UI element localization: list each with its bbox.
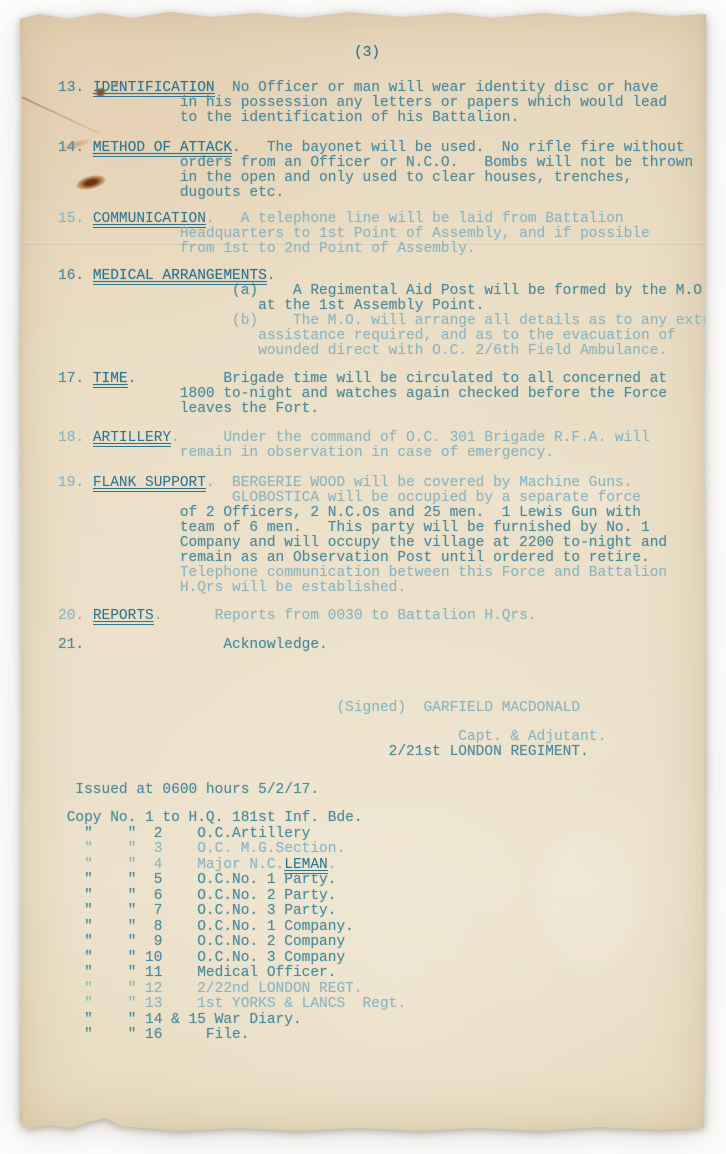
text-line: " " 3 O.C. M.G.Section. [58, 842, 702, 858]
text-segment: . Reports from 0030 to Battalion H.Qrs. [154, 608, 537, 624]
text-segment: . Brigade time will be circulated to all… [128, 371, 668, 387]
text-segment: No Officer or man will wear identity dis… [215, 80, 659, 96]
text-line: 13. IDENTIFICATION No Officer or man wil… [58, 81, 702, 96]
underlined-heading: REPORTS [93, 608, 154, 625]
text-segment: 18. [58, 430, 93, 446]
paper-sheet: (3) 13. IDENTIFICATION No Officer or man… [20, 10, 706, 1132]
issued-line: Issued at 0600 hours 5/2/17. [58, 783, 702, 798]
paragraph-17: 17. TIME. Brigade time will be circulate… [58, 372, 702, 417]
text-line: " " 14 & 15 War Diary. [58, 1013, 702, 1029]
text-line: 19. FLANK SUPPORT. BERGERIE WOOD will be… [58, 476, 702, 491]
text-segment: from 1st to 2nd Point of Assembly. [58, 241, 476, 257]
text-segment: " " 8 O.C.No. 1 Company. [58, 919, 354, 935]
text-segment: in his possession any letters or papers … [58, 95, 667, 111]
text-segment: Copy No. 1 to H.Q. 181st Inf. Bde. [58, 810, 363, 826]
text-segment: 16. [58, 268, 93, 284]
paragraph-20: 20. REPORTS. Reports from 0030 to Battal… [58, 609, 702, 624]
text-segment: leaves the Fort. [58, 401, 319, 417]
text-segment: 17. [58, 371, 93, 387]
text-line: Copy No. 1 to H.Q. 181st Inf. Bde. [58, 811, 702, 827]
text-line: 2/21st LONDON REGIMENT. [58, 745, 702, 760]
text-segment: dugouts etc. [58, 185, 284, 201]
paragraph-19: 19. FLANK SUPPORT. BERGERIE WOOD will be… [58, 476, 702, 596]
text-segment: " " 3 O.C. M.G.Section. [58, 841, 345, 857]
paragraph-14: 14. METHOD OF ATTACK. The bayonet will b… [58, 141, 702, 201]
text-line: Headquarters to 1st Point of Assembly, a… [58, 227, 702, 242]
text-line: 14. METHOD OF ATTACK. The bayonet will b… [58, 141, 702, 156]
text-line: " " 8 O.C.No. 1 Company. [58, 920, 702, 936]
document-text: 13. IDENTIFICATION No Officer or man wil… [58, 81, 702, 1044]
text-segment: (b) The M.O. will arrange all details as… [58, 313, 719, 329]
text-segment: . A telephone line will be laid from Bat… [206, 211, 624, 227]
text-segment: " " 12 2/22nd LONDON REGT. [58, 981, 363, 997]
text-segment: 20. [58, 608, 93, 624]
text-segment: " " 9 O.C.No. 2 Company [58, 934, 345, 950]
text-line: (Signed) GARFIELD MACDONALD [58, 701, 702, 716]
text-line: 17. TIME. Brigade time will be circulate… [58, 372, 702, 387]
text-line: " " 9 O.C.No. 2 Company [58, 935, 702, 951]
text-line: orders from an Officer or N.C.O. Bombs w… [58, 156, 702, 171]
text-line: " " 5 O.C.No. 1 Party. [58, 873, 702, 889]
text-segment: (Signed) GARFIELD MACDONALD [58, 700, 580, 716]
text-line: " " 12 2/22nd LONDON REGT. [58, 982, 702, 998]
text-line: 16. MEDICAL ARRANGEMENTS. [58, 269, 702, 284]
distribution: Copy No. 1 to H.Q. 181st Inf. Bde. " " 2… [58, 811, 702, 1044]
paragraph-16: 16. MEDICAL ARRANGEMENTS. (a) A Regiment… [58, 269, 702, 359]
paper-surface: (3) 13. IDENTIFICATION No Officer or man… [20, 10, 706, 1132]
text-segment: " " 7 O.C.No. 3 Party. [58, 903, 336, 919]
text-segment: remain as an Observation Post until orde… [58, 550, 650, 566]
text-line: " " 13 1st YORKS & LANCS Regt. [58, 997, 702, 1013]
text-segment: . BERGERIE WOOD will be covered by Machi… [206, 475, 632, 491]
signature: (Signed) GARFIELD MACDONALD Capt. & Adju… [58, 701, 702, 760]
text-line: 1800 to-night and watches again checked … [58, 387, 702, 402]
text-line: team of 6 men. This party will be furnis… [58, 521, 702, 536]
text-line: (b) The M.O. will arrange all details as… [58, 314, 702, 329]
text-segment: team of 6 men. This party will be furnis… [58, 520, 650, 536]
text-line: 21. Acknowledge. [58, 638, 702, 653]
text-segment: in the open and only used to clear house… [58, 170, 632, 186]
text-line: " " 16 File. [58, 1028, 702, 1044]
text-segment: " " 2 O.C.Artillery [58, 826, 310, 842]
text-line: to the identification of his Battalion. [58, 111, 702, 126]
text-segment: H.Qrs will be established. [58, 580, 406, 596]
text-line: in his possession any letters or papers … [58, 96, 702, 111]
text-line: Capt. & Adjutant. [58, 730, 702, 745]
text-segment: Issued at 0600 hours 5/2/17. [58, 782, 319, 798]
text-segment: GLOBOSTICA will be occupied by a separat… [58, 490, 641, 506]
text-segment: . Under the command of O.C. 301 Brigade … [171, 430, 650, 446]
text-segment: to the identification of his Battalion. [58, 110, 519, 126]
text-line: Issued at 0600 hours 5/2/17. [58, 783, 702, 798]
text-line: of 2 Officers, 2 N.C.Os and 25 men. 1 Le… [58, 506, 702, 521]
text-segment: Company and will occupy the village at 2… [58, 535, 667, 551]
text-segment: wounded direct with O.C. 2/6th Field Amb… [58, 343, 667, 359]
text-line: assistance required, and as to the evacu… [58, 329, 702, 344]
text-segment: 13. [58, 80, 93, 96]
text-segment: " " 14 & 15 War Diary. [58, 1012, 302, 1028]
text-line: Telephone communication between this For… [58, 566, 702, 581]
text-line: " " 2 O.C.Artillery [58, 827, 702, 843]
text-line: remain in observation in case of emergen… [58, 446, 702, 461]
text-line: 20. REPORTS. Reports from 0030 to Battal… [58, 609, 702, 624]
text-segment: (a) A Regimental Aid Post will be formed… [58, 283, 711, 299]
text-segment: Capt. & Adjutant. [58, 729, 606, 745]
text-line: GLOBOSTICA will be occupied by a separat… [58, 491, 702, 506]
text-segment: orders from an Officer or N.C.O. Bombs w… [58, 155, 693, 171]
text-line: 15. COMMUNICATION. A telephone line will… [58, 212, 702, 227]
text-line: H.Qrs will be established. [58, 581, 702, 596]
text-segment: 2/21st LONDON REGIMENT. [58, 744, 589, 760]
text-line: remain as an Observation Post until orde… [58, 551, 702, 566]
text-segment: Telephone communication between this For… [58, 565, 667, 581]
text-line: " " 11 Medical Officer. [58, 966, 702, 982]
rust-speck [112, 10, 122, 16]
text-segment: of 2 Officers, 2 N.C.Os and 25 men. 1 Le… [58, 505, 641, 521]
text-line: in the open and only used to clear house… [58, 171, 702, 186]
text-segment: 14. [58, 140, 93, 156]
text-segment: remain in observation in case of emergen… [58, 445, 554, 461]
text-segment: assistance required, and as to the evacu… [58, 328, 676, 344]
text-segment: " " 6 O.C.No. 2 Party. [58, 888, 336, 904]
text-line: " " 10 O.C.No. 3 Company [58, 951, 702, 967]
text-line: at the 1st Assembly Point. [58, 299, 702, 314]
text-segment: . [328, 857, 337, 873]
text-segment: . [267, 268, 276, 284]
text-segment: . The bayonet will be used. No rifle fir… [232, 140, 684, 156]
text-line: wounded direct with O.C. 2/6th Field Amb… [58, 344, 702, 359]
text-segment: " " 11 Medical Officer. [58, 965, 336, 981]
typewritten-text: (3) 13. IDENTIFICATION No Officer or man… [20, 10, 706, 1044]
paragraph-15: 15. COMMUNICATION. A telephone line will… [58, 212, 702, 257]
text-line: dugouts etc. [58, 186, 702, 201]
text-segment: 15. [58, 211, 93, 227]
text-segment: Headquarters to 1st Point of Assembly, a… [58, 226, 650, 242]
text-segment: 1800 to-night and watches again checked … [58, 386, 667, 402]
underlined-heading: LEMAN [284, 857, 328, 874]
text-segment: " " 16 File. [58, 1027, 249, 1043]
text-segment: " " 13 1st YORKS & LANCS Regt. [58, 996, 406, 1012]
text-line: Company and will occupy the village at 2… [58, 536, 702, 551]
text-segment: " " 5 O.C.No. 1 Party. [58, 872, 336, 888]
document-photo: (3) 13. IDENTIFICATION No Officer or man… [0, 0, 726, 1154]
paragraph-13: 13. IDENTIFICATION No Officer or man wil… [58, 81, 702, 126]
text-segment: 21. Acknowledge. [58, 637, 328, 653]
text-line: 18. ARTILLERY. Under the command of O.C.… [58, 431, 702, 446]
paragraph-21: 21. Acknowledge. [58, 638, 702, 653]
text-segment: at the 1st Assembly Point. [58, 298, 484, 314]
text-line: " " 4 Major N.C.LEMAN. [58, 858, 702, 874]
paragraph-18: 18. ARTILLERY. Under the command of O.C.… [58, 431, 702, 461]
page-number: (3) [354, 46, 702, 61]
text-line: " " 6 O.C.No. 2 Party. [58, 889, 702, 905]
text-segment: " " 4 Major N.C. [58, 857, 284, 873]
text-line: from 1st to 2nd Point of Assembly. [58, 242, 702, 257]
text-segment: 19. [58, 475, 93, 491]
text-line: leaves the Fort. [58, 402, 702, 417]
text-segment: " " 10 O.C.No. 3 Company [58, 950, 345, 966]
text-line: " " 7 O.C.No. 3 Party. [58, 904, 702, 920]
text-line: (a) A Regimental Aid Post will be formed… [58, 284, 702, 299]
